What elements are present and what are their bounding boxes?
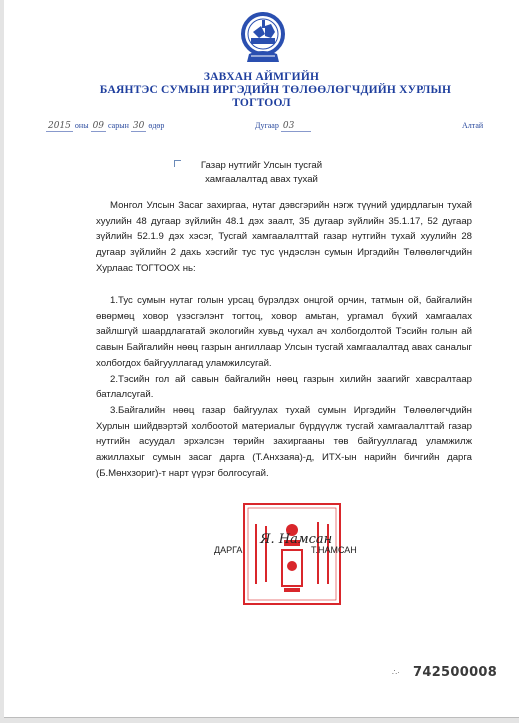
- preamble-text: Монгол Улсын Засаг захиргаа, нутаг дэвсг…: [96, 198, 472, 277]
- decision-number: Дугаар 03: [255, 121, 311, 132]
- letterhead-council: БАЯНТЭС СУМЫН ИРГЭДИЙН ТӨЛӨӨЛӨГЧДИЙН ХУР…: [18, 84, 519, 96]
- number-label: Дугаар: [255, 121, 279, 130]
- date-year: 2015: [46, 121, 73, 132]
- state-emblem-icon: [231, 10, 295, 66]
- page-bottom-edge: [4, 717, 519, 718]
- item-3: 3.Байгалийн нөөц газар байгуулах тухай с…: [96, 403, 472, 482]
- date-line: 2015 оны 09 сарын 30 өдөр: [46, 121, 164, 132]
- item-2: 2.Тэсийн гол ай савын байгалийн нөөц газ…: [96, 372, 472, 403]
- letterhead-doc-type: ТОГТООЛ: [4, 97, 519, 109]
- resolution-items: 1.Тус сумын нутаг голын урсац бүрэлдэх о…: [96, 293, 472, 481]
- signatory-name: Т.НАМСАН: [311, 545, 357, 555]
- number-value: 03: [281, 121, 311, 132]
- title-line-1: Газар нутгийг Улсын тусгай: [4, 158, 519, 173]
- date-day: 30: [131, 121, 146, 132]
- signature-title: ДАРГА: [214, 545, 242, 555]
- serial-mark: ∴·: [392, 668, 400, 677]
- serial-number: 742500008: [413, 665, 497, 680]
- place: Алтай: [462, 121, 483, 130]
- item-1: 1.Тус сумын нутаг голын урсац бүрэлдэх о…: [96, 293, 472, 372]
- preamble: Монгол Улсын Засаг захиргаа, нутаг дэвсг…: [96, 198, 472, 277]
- letterhead-aimag: ЗАВХАН АЙМГИЙН: [4, 71, 519, 83]
- date-day-suffix: өдөр: [148, 121, 164, 130]
- date-month-suffix: сарын: [108, 121, 129, 130]
- document-page: ЗАВХАН АЙМГИЙН БАЯНТЭС СУМЫН ИРГЭДИЙН ТӨ…: [4, 0, 519, 717]
- date-year-suffix: оны: [75, 121, 89, 130]
- title-line-2: хамгаалалтад авах тухай: [4, 172, 519, 187]
- date-month: 09: [91, 121, 106, 132]
